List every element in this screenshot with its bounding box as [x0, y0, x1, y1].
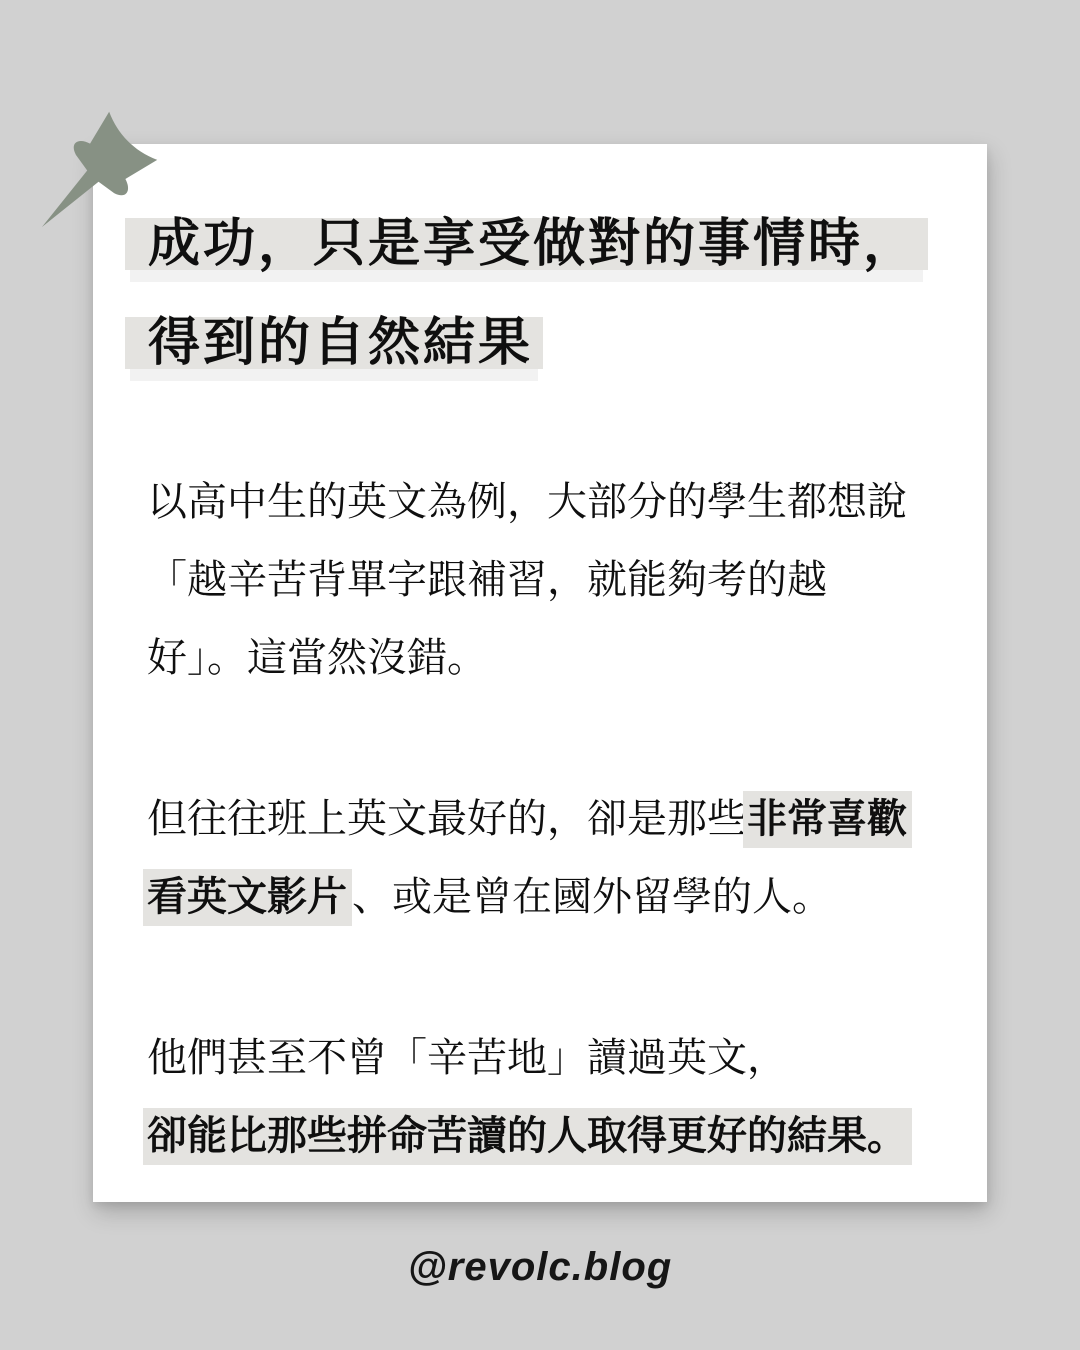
footer-handle: @revolc.blog — [0, 1243, 1080, 1291]
paragraph-line: 「越辛苦背單字跟補習，就能夠考的越 — [147, 541, 947, 619]
paragraph-line: 以高中生的英文為例，大部分的學生都想說 — [147, 463, 947, 541]
title-line-1: 成功，只是享受做對的事情時， — [125, 218, 928, 270]
page-title: 成功，只是享受做對的事情時， 得到的自然結果 — [125, 218, 947, 369]
body-paragraphs: 以高中生的英文為例，大部分的學生都想說「越辛苦背單字跟補習，就能夠考的越好」。這… — [125, 463, 947, 1175]
post-canvas: 成功，只是享受做對的事情時， 得到的自然結果 以高中生的英文為例，大部分的學生都… — [0, 0, 1080, 1350]
text-segment: 但往往班上英文最好的，卻是那些 — [147, 797, 747, 841]
text-segment-highlighted: 非常喜歡 — [743, 791, 912, 848]
paragraph-line: 他們甚至不曾「辛苦地」讀過英文， — [147, 1019, 947, 1097]
paragraph-line: 卻能比那些拼命苦讀的人取得更好的結果。 — [147, 1097, 947, 1175]
text-segment-highlighted: 看英文影片 — [143, 869, 352, 926]
text-segment: 他們甚至不曾「辛苦地」讀過英文， — [147, 1036, 787, 1080]
text-segment-highlighted: 卻能比那些拼命苦讀的人取得更好的結果。 — [143, 1108, 912, 1165]
paragraph-line: 但往往班上英文最好的，卻是那些非常喜歡 — [147, 780, 947, 858]
paragraph: 他們甚至不曾「辛苦地」讀過英文，卻能比那些拼命苦讀的人取得更好的結果。 — [147, 1019, 947, 1175]
pushpin-icon — [0, 79, 190, 269]
text-segment: 「越辛苦背單字跟補習，就能夠考的越 — [147, 558, 827, 602]
text-segment: 、或是曾在國外留學的人。 — [352, 875, 832, 919]
paragraph-line: 好」。這當然沒錯。 — [147, 619, 947, 697]
quote-card: 成功，只是享受做對的事情時， 得到的自然結果 以高中生的英文為例，大部分的學生都… — [93, 144, 987, 1202]
paragraph: 但往往班上英文最好的，卻是那些非常喜歡看英文影片、或是曾在國外留學的人。 — [147, 780, 947, 936]
paragraph: 以高中生的英文為例，大部分的學生都想說「越辛苦背單字跟補習，就能夠考的越好」。這… — [147, 463, 947, 697]
text-segment: 以高中生的英文為例，大部分的學生都想說 — [147, 480, 907, 524]
paragraph-line: 看英文影片、或是曾在國外留學的人。 — [147, 858, 947, 936]
title-line-2: 得到的自然結果 — [125, 317, 543, 369]
text-segment: 好」。這當然沒錯。 — [147, 636, 487, 680]
